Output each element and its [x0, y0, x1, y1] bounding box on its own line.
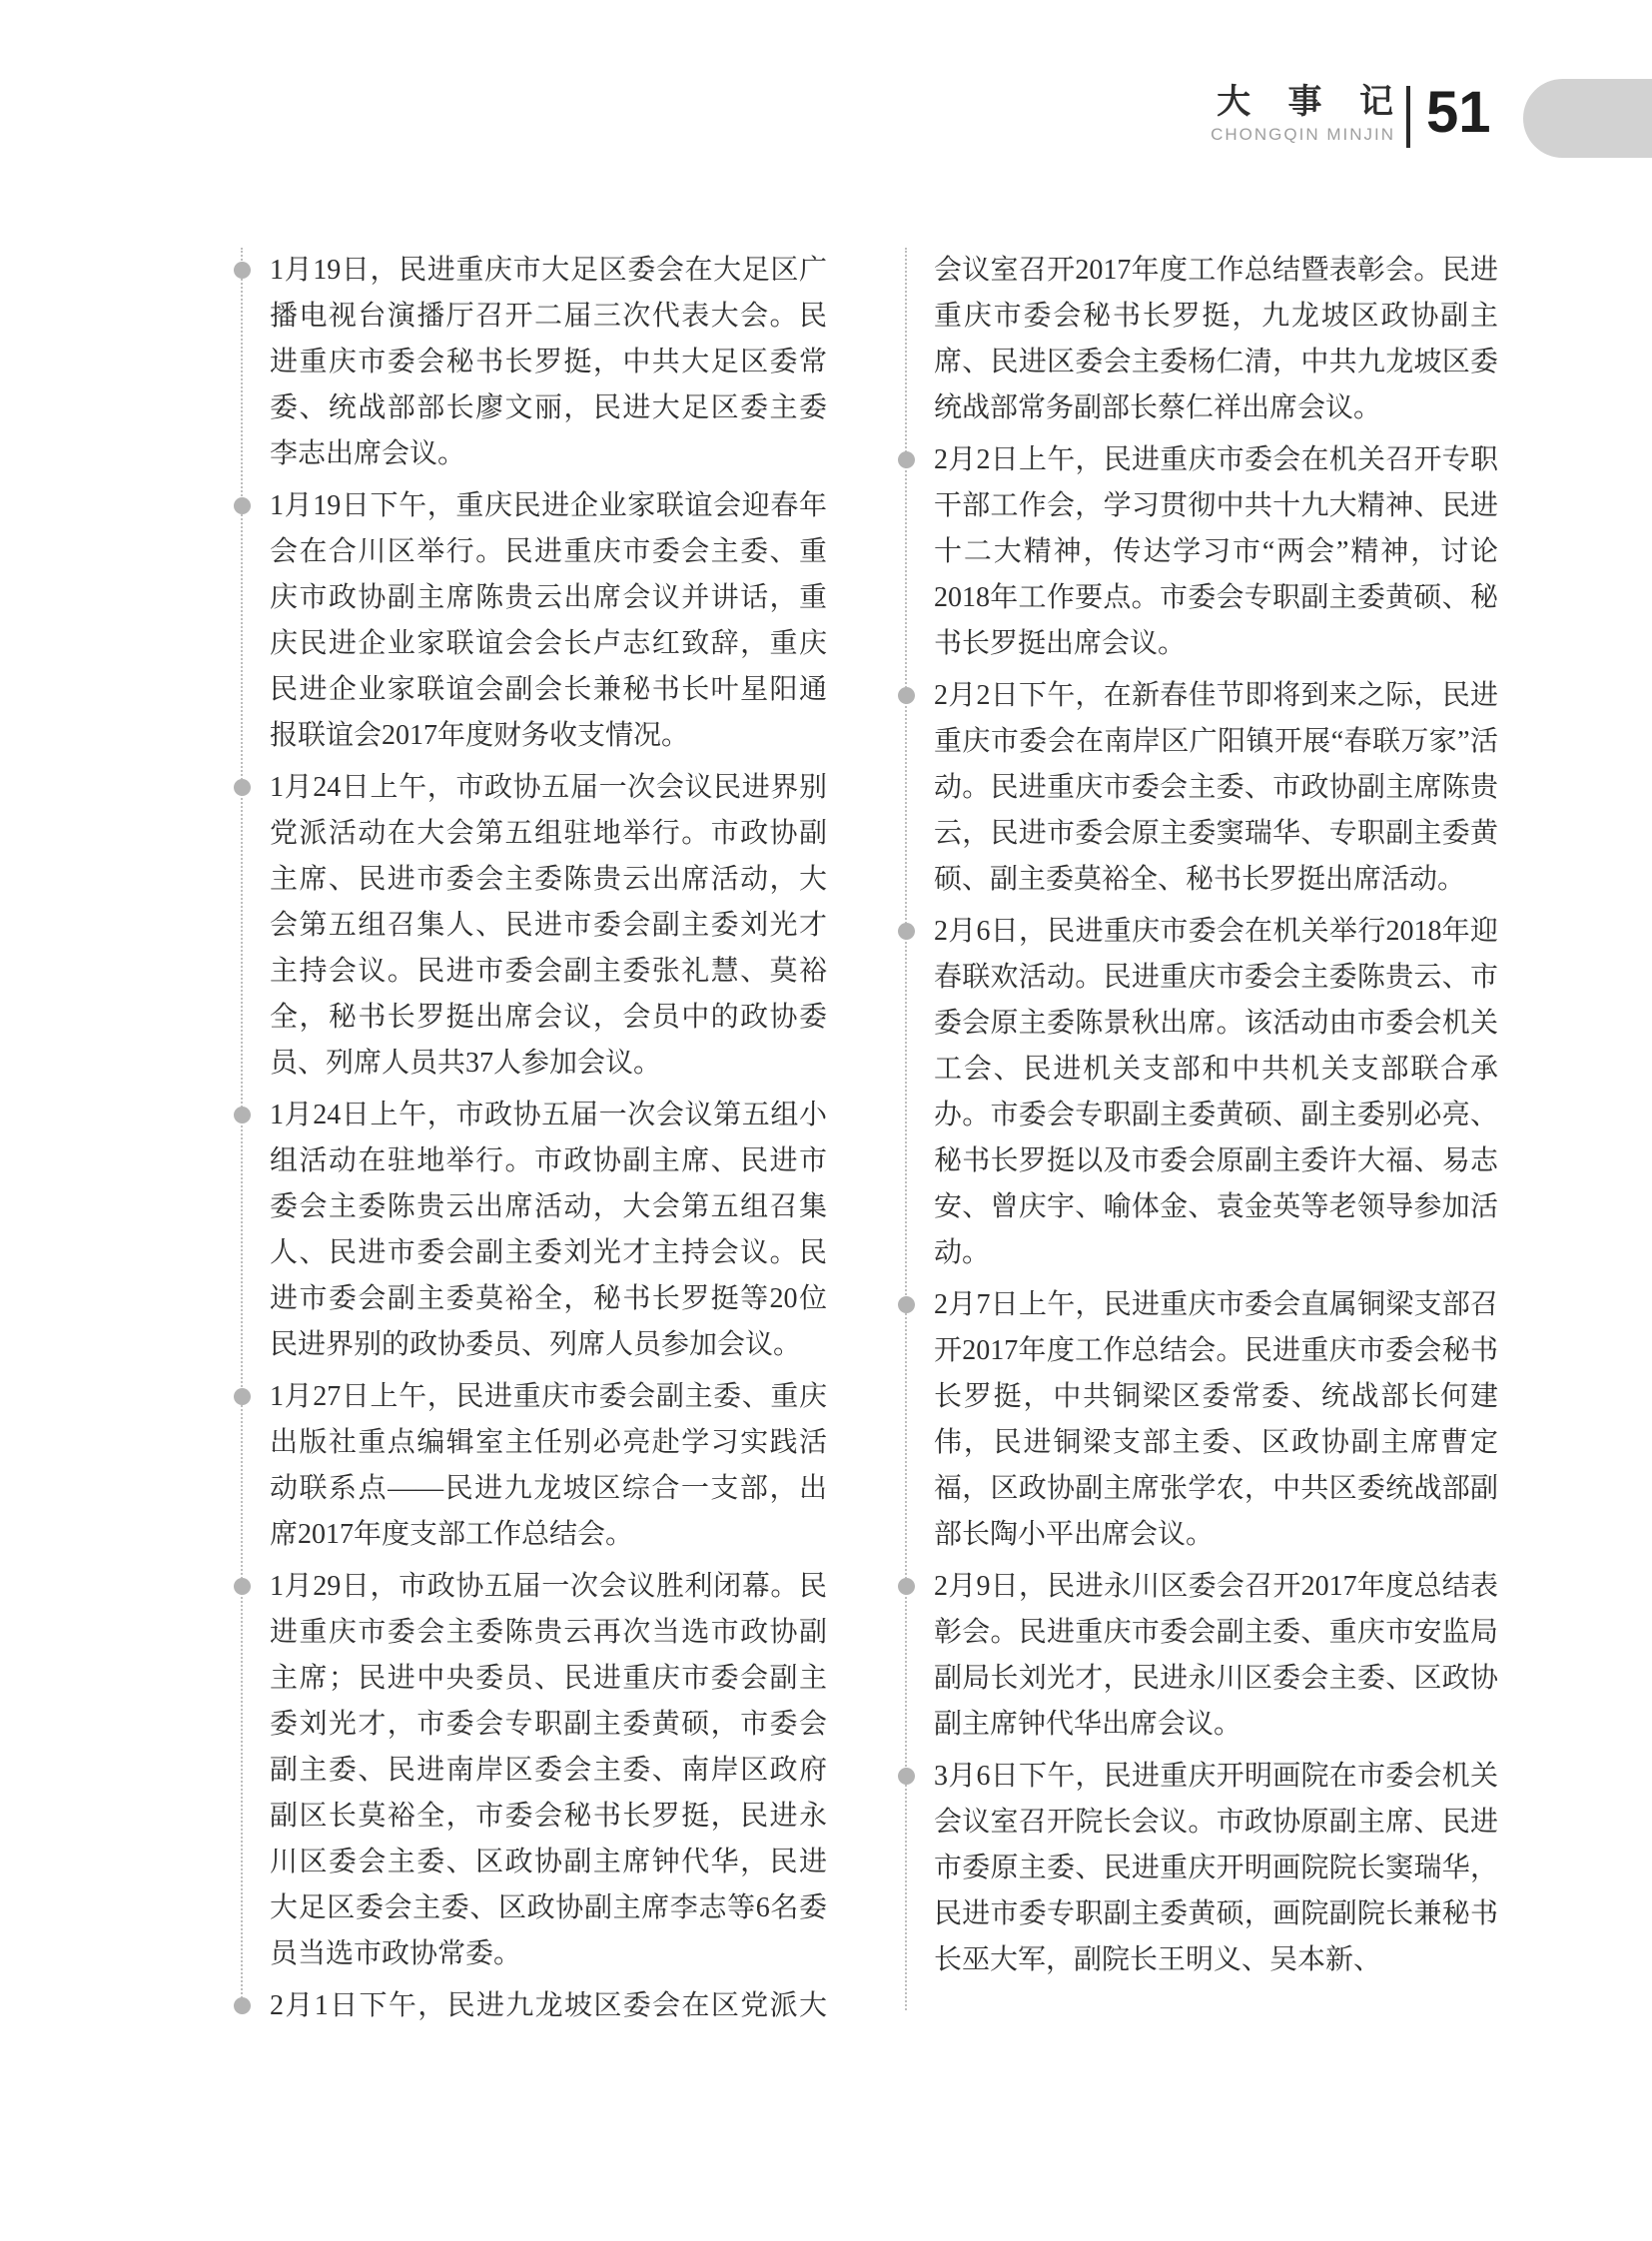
- event-entry: 2月7日上午，民进重庆市委会直属铜梁支部召开2017年度工作总结会。民进重庆市委…: [892, 1282, 1498, 1558]
- event-entry: 1月24日上午，市政协五届一次会议民进界别党派活动在大会第五组驻地举行。市政协副…: [228, 765, 827, 1087]
- entry-text: 1月27日上午，民进重庆市委会副主委、重庆出版社重点编辑室主任别必亮赴学习实践活…: [270, 1381, 827, 1550]
- bullet-icon: [898, 687, 915, 704]
- event-entry: 3月6日下午，民进重庆开明画院在市委会机关会议室召开院长会议。市政协原副主席、民…: [892, 1754, 1498, 1983]
- column-left: 1月19日，民进重庆市大足区委会在大足区广播电视台演播厅召开二届三次代表大会。民…: [228, 248, 827, 2035]
- entry-text: 2月2日下午，在新春佳节即将到来之际，民进重庆市委会在南岸区广阳镇开展“春联万家…: [934, 680, 1498, 895]
- page-number: 51: [1426, 80, 1491, 146]
- event-entry: 1月29日，市政协五届一次会议胜利闭幕。民进重庆市委会主委陈贵云再次当选市政协副…: [228, 1564, 827, 1977]
- bullet-icon: [898, 1768, 915, 1785]
- bullet-icon: [234, 1578, 251, 1595]
- header-tab-shape: [1523, 79, 1652, 158]
- header-text: 大 事 记 CHONGQIN MINJIN: [1211, 84, 1393, 144]
- bullet-icon: [898, 923, 915, 940]
- entry-text: 2月2日上午，民进重庆市委会在机关召开专职干部工作会，学习贯彻中共十九大精神、民…: [934, 444, 1498, 659]
- bullet-icon: [234, 497, 251, 514]
- bullet-icon: [234, 1107, 251, 1123]
- event-entry: 2月9日，民进永川区委会召开2017年度总结表彰会。民进重庆市委会副主委、重庆市…: [892, 1564, 1498, 1748]
- bullet-icon: [234, 1997, 251, 2014]
- bullet-icon: [234, 262, 251, 279]
- bullet-icon: [234, 779, 251, 796]
- entry-text: 1月24日上午，市政协五届一次会议民进界别党派活动在大会第五组驻地举行。市政协副…: [270, 772, 827, 1079]
- entry-text: 3月6日下午，民进重庆开明画院在市委会机关会议室召开院长会议。市政协原副主席、民…: [934, 1761, 1498, 1975]
- event-entry-continuation: 会议室召开2017年度工作总结暨表彰会。民进重庆市委会秘书长罗挺，九龙坡区政协副…: [892, 248, 1498, 431]
- bullet-icon: [234, 1388, 251, 1405]
- event-entry: 2月6日，民进重庆市委会在机关举行2018年迎春联欢活动。民进重庆市委会主委陈贵…: [892, 909, 1498, 1276]
- entry-text: 2月9日，民进永川区委会召开2017年度总结表彰会。民进重庆市委会副主委、重庆市…: [934, 1571, 1498, 1740]
- page-title: 大 事 记: [1211, 84, 1407, 120]
- event-entry: 1月24日上午，市政协五届一次会议第五组小组活动在驻地举行。市政协副主席、民进市…: [228, 1093, 827, 1368]
- entry-text: 2月1日下午，民进九龙坡区委会在区党派大楼: [270, 1990, 827, 2035]
- bullet-icon: [898, 451, 915, 468]
- entry-text: 2月6日，民进重庆市委会在机关举行2018年迎春联欢活动。民进重庆市委会主委陈贵…: [934, 916, 1498, 1268]
- entry-text: 1月19日下午，重庆民进企业家联谊会迎春年会在合川区举行。民进重庆市委会主委、重…: [270, 490, 827, 751]
- entry-text: 1月24日上午，市政协五届一次会议第五组小组活动在驻地举行。市政协副主席、民进市…: [270, 1100, 827, 1360]
- page-subtitle: CHONGQIN MINJIN: [1211, 126, 1395, 144]
- event-entry: 1月19日，民进重庆市大足区委会在大足区广播电视台演播厅召开二届三次代表大会。民…: [228, 248, 827, 477]
- event-entry: 2月2日下午，在新春佳节即将到来之际，民进重庆市委会在南岸区广阳镇开展“春联万家…: [892, 673, 1498, 903]
- column-right: 会议室召开2017年度工作总结暨表彰会。民进重庆市委会秘书长罗挺，九龙坡区政协副…: [892, 248, 1498, 2035]
- entry-text: 2月7日上午，民进重庆市委会直属铜梁支部召开2017年度工作总结会。民进重庆市委…: [934, 1289, 1498, 1550]
- page: 大 事 记 CHONGQIN MINJIN 51 1月19日，民进重庆市大足区委…: [0, 0, 1652, 2241]
- event-entry: 2月1日下午，民进九龙坡区委会在区党派大楼: [228, 1983, 827, 2035]
- event-entry: 1月27日上午，民进重庆市委会副主委、重庆出版社重点编辑室主任别必亮赴学习实践活…: [228, 1374, 827, 1558]
- header-divider: [1406, 86, 1410, 148]
- entry-text: 1月29日，市政协五届一次会议胜利闭幕。民进重庆市委会主委陈贵云再次当选市政协副…: [270, 1571, 827, 1969]
- event-entry: 2月2日上午，民进重庆市委会在机关召开专职干部工作会，学习贯彻中共十九大精神、民…: [892, 437, 1498, 667]
- event-entry: 1月19日下午，重庆民进企业家联谊会迎春年会在合川区举行。民进重庆市委会主委、重…: [228, 483, 827, 759]
- bullet-icon: [898, 1296, 915, 1313]
- entry-text: 会议室召开2017年度工作总结暨表彰会。民进重庆市委会秘书长罗挺，九龙坡区政协副…: [934, 255, 1498, 423]
- entry-text: 1月19日，民进重庆市大足区委会在大足区广播电视台演播厅召开二届三次代表大会。民…: [270, 255, 827, 469]
- bullet-icon: [898, 1578, 915, 1595]
